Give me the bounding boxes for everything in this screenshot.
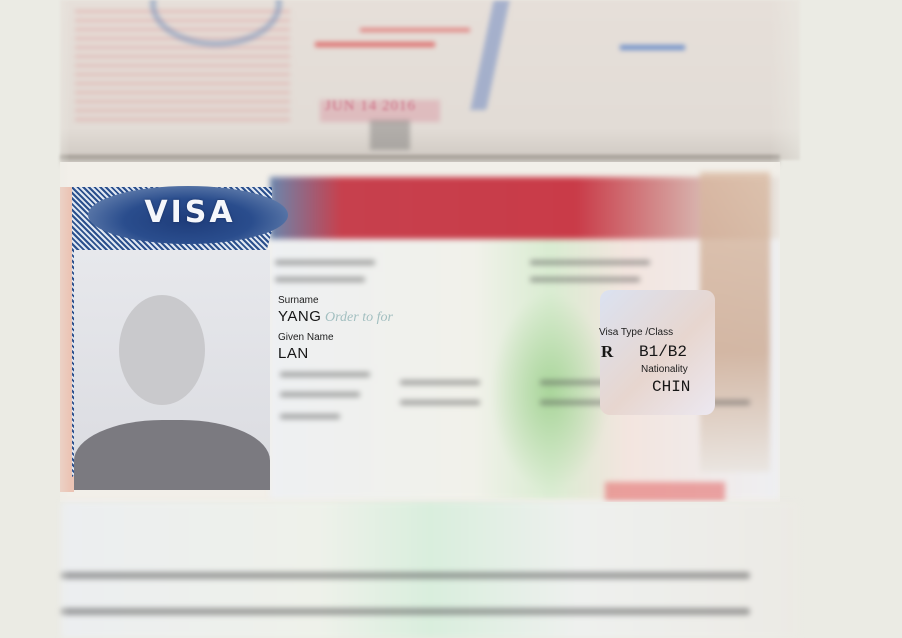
blurred-text-line	[275, 260, 375, 265]
blurred-text-line	[530, 277, 640, 282]
nationality-label: Nationality	[641, 364, 688, 375]
given-name-value: LAN	[278, 345, 309, 362]
visa-type-label: Visa Type /Class	[599, 327, 673, 338]
blurred-text-line	[530, 260, 650, 265]
photo-placeholder-shoulders	[74, 420, 270, 490]
visa-foil: VISA Surname YANG Order to for Given Nam…	[60, 162, 780, 502]
blurred-text-line	[280, 414, 340, 419]
annotation-code: R	[601, 342, 613, 362]
previous-passport-page: JUN 14 2016	[60, 0, 800, 160]
stamp-line-red	[360, 28, 470, 32]
visa-title: VISA	[130, 195, 250, 230]
stamp-mark-red	[315, 0, 435, 47]
red-security-mark	[605, 482, 725, 502]
blurred-text-line	[280, 372, 370, 377]
green-hologram	[490, 292, 610, 492]
blurred-text-line	[400, 380, 480, 385]
blurred-text-line	[275, 277, 365, 282]
mrz-background	[60, 502, 800, 638]
blurred-text-line	[280, 392, 360, 397]
machine-readable-zone	[60, 502, 800, 638]
left-blur-edge	[0, 0, 70, 638]
blurred-text-line	[400, 400, 480, 405]
stamp-mark-blue	[470, 0, 509, 110]
watermark-script: Order to for	[325, 310, 393, 326]
stamp-line-blue	[620, 45, 685, 50]
photo-placeholder-head	[119, 295, 205, 405]
handwritten-mark	[370, 120, 410, 150]
stamp-date: JUN 14 2016	[325, 98, 416, 115]
nationality-value: CHIN	[652, 378, 690, 396]
mrz-line-2	[60, 608, 750, 615]
surname-label: Surname	[278, 295, 319, 306]
holder-photo	[74, 250, 270, 490]
mrz-line-1	[60, 572, 750, 579]
visa-class-value: B1/B2	[639, 343, 687, 361]
given-name-label: Given Name	[278, 332, 334, 343]
right-blur-edge	[770, 0, 902, 638]
surname-value: YANG	[278, 308, 321, 325]
